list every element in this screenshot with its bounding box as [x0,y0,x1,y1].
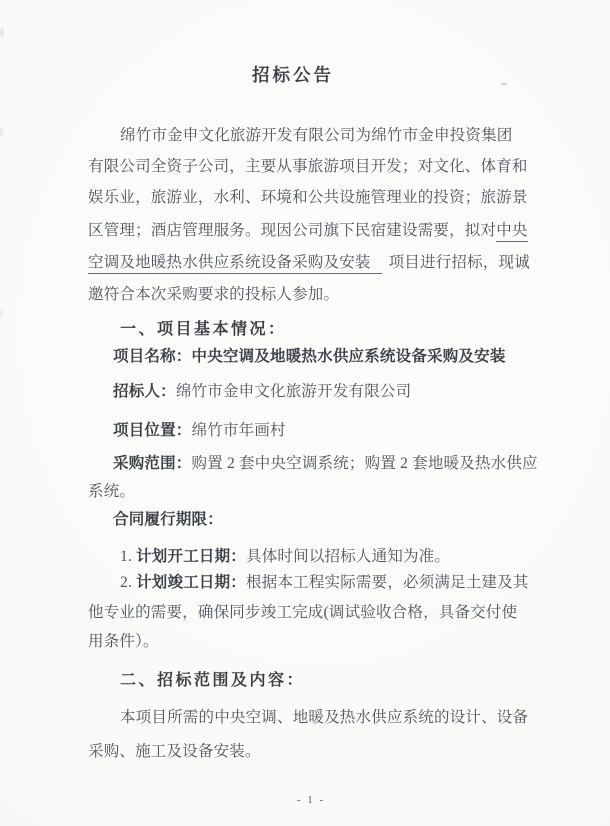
intro-line-3: 娱乐业，旅游业，水利、环境和公共设施管理业的投资；旅游景 [88,183,528,213]
section2-heading: 二、招标范围及内容： [88,666,305,696]
project-name-value: 中央空调及地暖热水供应系统设备采购及安装 [192,348,506,365]
section2-body-line-1: 本项目所需的中央空调、地暖及热水供应系统的设计、设备 [88,703,528,733]
list-item-2-line-1: 2. 计划竣工日期：根据本工程实际需要，必须满足土建及其 [88,568,529,598]
procurement-scope-line-1: 采购范围：购置 2 套中央空调系统；购置 2 套地暖及热水供应 [88,449,538,479]
page-number: - 1 - [6,785,610,815]
scan-smudge [0,28,4,37]
procurement-scope-line-2: 系统。 [88,477,135,507]
section1-heading: 一、项目基本情况： [88,315,287,345]
intro-line-4-text: 区管理；酒店管理服务。现因公司旗下民宿建设需要，拟对 [88,222,496,239]
tenderee-label: 招标人： [113,383,176,400]
underlined-text: 空调及地暖热水供应系统设备采购及安装 [88,254,382,274]
item-1-label: 计划开工日期： [136,548,246,565]
item-2-label: 计划竣工日期： [136,574,246,591]
list-item-2-line-2: 他专业的需要，确保同步竣工完成(调试验收合格，具备交付使 [88,598,517,628]
underlined-text: 中央 [496,222,527,242]
project-name-line: 项目名称：中央空调及地暖热水供应系统设备采购及安装 [88,342,506,372]
scope-label: 采购范围： [113,455,192,472]
scope-value-1: 购置 2 套中央空调系统；购置 2 套地暖及热水供应 [192,455,538,472]
intro-line-5: 空调及地暖热水供应系统设备采购及安装项目进行招标，现诚 [88,248,530,278]
intro-line-1: 绵竹市金申文化旅游开发有限公司为绵竹市金申投资集团 [88,121,513,151]
contract-period-label: 合同履行期限： [88,505,223,535]
scan-smudge [0,310,3,317]
location-value: 绵竹市年画村 [192,422,286,439]
document-page: 招标公告 绵竹市金申文化旅游开发有限公司为绵竹市金申投资集团 有限公司全资子公司… [0,0,610,826]
intro-line-4: 区管理；酒店管理服务。现因公司旗下民宿建设需要，拟对中央 [88,216,528,246]
tenderee-value: 绵竹市金申文化旅游开发有限公司 [176,383,412,400]
tenderee-line: 招标人：绵竹市金申文化旅游开发有限公司 [88,377,411,407]
section2-body-line-2: 采购、施工及设备安装。 [88,737,261,767]
location-label: 项目位置： [113,422,192,439]
item-1-number: 1. [120,548,136,565]
intro-line-6: 邀符合本次采购要求的投标人参加。 [88,280,339,310]
scan-smudge [0,128,3,136]
project-name-label: 项目名称： [113,348,192,365]
intro-line-2: 有限公司全资子公司，主要从事旅游项目开发；对文化、体育和 [88,152,528,182]
intro-line-5-text: 项目进行招标，现诚 [389,254,530,271]
document-title: 招标公告 [0,60,598,90]
list-item-2-line-3: 用条件）。 [88,627,159,657]
item-2-number: 2. [120,574,136,591]
project-location-line: 项目位置：绵竹市年画村 [88,416,286,446]
item-2-value-1: 根据本工程实际需要，必须满足土建及其 [246,574,529,591]
item-1-value: 具体时间以招标人通知为准。 [246,548,450,565]
